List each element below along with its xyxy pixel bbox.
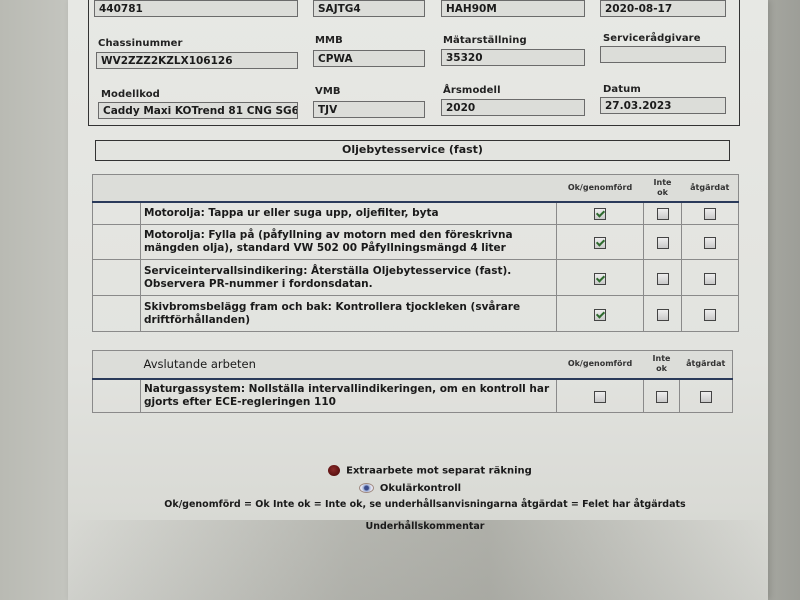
- table-row: Serviceintervallsindikering: Återställa …: [93, 260, 739, 296]
- table-row: Motorolja: Fylla på (påfyllning av motor…: [93, 225, 739, 260]
- fixed-checkbox[interactable]: [704, 208, 716, 220]
- table-row: Skivbromsbelägg fram och bak: Kontroller…: [93, 296, 739, 332]
- model-year-field: 2020: [441, 99, 585, 116]
- fixed-checkbox[interactable]: [700, 391, 712, 403]
- task-description: Motorolja: Fylla på (påfyllning av motor…: [141, 225, 557, 260]
- registration-field: HAH90M: [441, 0, 585, 17]
- not-ok-checkbox[interactable]: [656, 391, 668, 403]
- col-not-ok-header: Inteok: [644, 351, 680, 379]
- order-number-field: 440781: [94, 0, 298, 17]
- model-code-field: Caddy Maxi KOTrend 81 CNG SG6: [98, 102, 298, 119]
- table-header-row: Avslutande arbeten Ok/genomförd Inteok å…: [93, 351, 733, 379]
- task-description: Serviceintervallsindikering: Återställa …: [141, 260, 557, 296]
- ok-checkbox[interactable]: [594, 273, 606, 285]
- legend-visual-check: Okulärkontroll: [0, 483, 800, 494]
- fixed-checkbox[interactable]: [704, 237, 716, 249]
- legend-explanation: Ok/genomförd = Ok Inte ok = Inte ok, se …: [0, 499, 800, 510]
- final-work-title: Avslutande arbeten: [141, 351, 557, 379]
- legend-extra-work: Extraarbete mot separat räkning: [0, 465, 800, 477]
- oil-service-table: Ok/genomförd Inteok åtgärdat Motorolja: …: [92, 174, 739, 332]
- delivery-date-field: 2020-08-17: [600, 0, 726, 17]
- table-row: Naturgassystem: Nollställa intervallindi…: [93, 379, 733, 413]
- odometer-field: 35320: [441, 49, 585, 66]
- not-ok-checkbox[interactable]: [657, 208, 669, 220]
- vmb-label: VMB: [315, 86, 341, 97]
- extra-work-icon: [328, 465, 340, 476]
- eye-icon: [359, 483, 374, 493]
- model-code-label: Modellkod: [101, 89, 160, 100]
- ok-checkbox[interactable]: [594, 237, 606, 249]
- odometer-label: Mätarställning: [443, 35, 527, 46]
- col-ok-header: Ok/genomförd: [557, 175, 644, 202]
- advisor-field: [600, 46, 726, 63]
- oil-service-title: Oljebytesservice (fast): [95, 140, 730, 161]
- col-ok-header: Ok/genomförd: [557, 351, 644, 379]
- mmb-field: CPWA: [313, 50, 425, 67]
- ok-checkbox[interactable]: [594, 391, 606, 403]
- fixed-checkbox[interactable]: [704, 273, 716, 285]
- task-description: Motorolja: Tappa ur eller suga upp, olje…: [141, 202, 557, 225]
- table-header-row: Ok/genomförd Inteok åtgärdat: [93, 175, 739, 202]
- mmb-label: MMB: [315, 35, 343, 46]
- task-description: Skivbromsbelägg fram och bak: Kontroller…: [141, 296, 557, 332]
- col-not-ok-header: Inteok: [644, 175, 682, 202]
- chassis-label: Chassinummer: [98, 38, 183, 49]
- ok-checkbox[interactable]: [594, 309, 606, 321]
- vmb-field: TJV: [313, 101, 425, 118]
- not-ok-checkbox[interactable]: [657, 273, 669, 285]
- date-field: 27.03.2023: [600, 97, 726, 114]
- date-label: Datum: [603, 84, 641, 95]
- maintenance-comment-heading: Underhållskommentar: [0, 521, 800, 532]
- not-ok-checkbox[interactable]: [657, 309, 669, 321]
- col-fixed-header: åtgärdat: [680, 351, 733, 379]
- fixed-checkbox[interactable]: [704, 309, 716, 321]
- model-year-label: Årsmodell: [443, 85, 501, 96]
- task-description: Naturgassystem: Nollställa intervallindi…: [141, 379, 557, 413]
- advisor-label: Servicerådgivare: [603, 33, 701, 44]
- not-ok-checkbox[interactable]: [657, 237, 669, 249]
- final-work-table: Avslutande arbeten Ok/genomförd Inteok å…: [92, 350, 733, 413]
- ok-checkbox[interactable]: [594, 208, 606, 220]
- code-field: SAJTG4: [313, 0, 425, 17]
- chassis-field: WV2ZZZ2KZLX106126: [96, 52, 298, 69]
- table-row: Motorolja: Tappa ur eller suga upp, olje…: [93, 202, 739, 225]
- col-fixed-header: åtgärdat: [682, 175, 739, 202]
